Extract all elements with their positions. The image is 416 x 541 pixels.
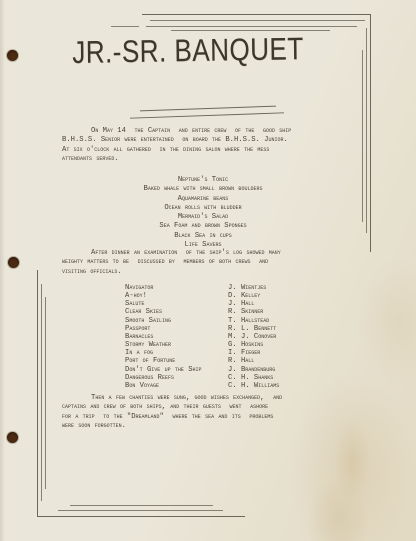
border-left-line-outer xyxy=(37,270,38,517)
document-page: JR.-SR. BANQUET On May 14 the Captain an… xyxy=(0,0,416,541)
program-topic: In a fog xyxy=(125,349,228,357)
program-row: Smooth SailingT. Hallstead xyxy=(125,317,279,325)
punch-hole-top xyxy=(7,50,18,61)
program-topic: Navigator xyxy=(125,284,228,292)
text-line: were soon forgotten. xyxy=(62,422,282,431)
program-topic: Port of Fortune xyxy=(125,357,228,365)
menu-item: Neptune's Tonic xyxy=(63,176,343,185)
program-person: D. Kelley xyxy=(228,292,260,300)
program-row: Dangerous ReefsC. H. Shanks xyxy=(125,374,279,382)
program-person: T. Hallstead xyxy=(228,317,269,325)
program-person: C. H. Williams xyxy=(228,382,279,390)
text-line: B.H.S.S. Senior were entertained on boar… xyxy=(62,136,291,145)
program-topic: Don't Give up the Ship xyxy=(125,366,228,374)
program-topic: Bon Voyage xyxy=(125,382,228,390)
menu-item: Black Sea in cups xyxy=(63,232,343,241)
border-right-line-2 xyxy=(366,28,367,233)
program-row: Bon VoyageC. H. Williams xyxy=(125,382,279,390)
program-table: NavigatorJ. Wientjes A-hoy!D. Kelley Sal… xyxy=(125,284,279,390)
title-underline-1 xyxy=(140,106,276,112)
menu-item: Mermaid's Salad xyxy=(63,213,343,222)
program-row: Don't Give up the ShipJ. Brandenburg xyxy=(125,366,279,374)
program-topic: A-hoy! xyxy=(125,292,228,300)
program-topic: Salute xyxy=(125,300,228,308)
text-line: for a trip to the "Dreamland" where the … xyxy=(62,413,282,422)
program-person: J. Wientjes xyxy=(228,284,266,292)
border-right-line-3 xyxy=(362,50,363,222)
program-person: R. Skinner xyxy=(228,308,263,316)
border-top-line-3 xyxy=(146,26,357,27)
log-paragraph: After dinner an examination of the ship'… xyxy=(62,249,281,277)
text-line: visiting officials. xyxy=(62,268,281,277)
menu-list: Neptune's Tonic Baked whale with small b… xyxy=(63,176,343,250)
border-top-line-4 xyxy=(171,30,330,31)
closing-paragraph: Then a few chanties were sung, good wish… xyxy=(62,394,282,431)
menu-item: Aquamarine beans xyxy=(63,195,343,204)
border-bottom-line-2 xyxy=(58,510,223,511)
text-line: After dinner an examination of the ship'… xyxy=(62,249,281,258)
program-person: G. Hoskins xyxy=(228,341,263,349)
program-topic: Passport xyxy=(125,325,228,333)
menu-item: Baked whale with small brown boulders xyxy=(63,185,343,194)
border-left-line-2 xyxy=(41,284,42,501)
intro-paragraph: On May 14 the Captain and entire crew of… xyxy=(62,127,291,164)
program-person: J. Hall xyxy=(228,300,254,308)
text-line: Then a few chanties were sung, good wish… xyxy=(62,394,282,403)
border-bottom-line-3 xyxy=(70,505,213,506)
program-row: NavigatorJ. Wientjes xyxy=(125,284,279,292)
text-line: weighty matters to be discussed by membe… xyxy=(62,258,281,267)
border-top-line-outer xyxy=(142,14,370,15)
program-row: A-hoy!D. Kelley xyxy=(125,292,279,300)
program-row: Stormy WeatherG. Hoskins xyxy=(125,341,279,349)
program-person: J. Brandenburg xyxy=(228,366,275,374)
menu-item: Sea Foam and brown Sponges xyxy=(63,222,343,231)
program-row: BarnaclesM. J. Conover xyxy=(125,333,279,341)
program-person: I. Fieger xyxy=(228,349,260,357)
border-left-line-3 xyxy=(45,297,46,489)
program-topic: Dangerous Reefs xyxy=(125,374,228,382)
punch-hole-middle xyxy=(8,257,19,268)
program-topic: Clear Skies xyxy=(125,308,228,316)
text-line: At six o'clock all gathered in the dinin… xyxy=(62,146,291,155)
program-row: PassportR. L. Bennett xyxy=(125,325,279,333)
text-line: attendants served. xyxy=(62,155,291,164)
text-line: On May 14 the Captain and entire crew of… xyxy=(62,127,291,136)
title-underline-2 xyxy=(130,112,284,119)
program-person: C. H. Shanks xyxy=(228,374,273,382)
border-top-line-2 xyxy=(150,20,365,21)
menu-item: Ocean rolls with bludder xyxy=(63,204,343,213)
program-topic: Barnacles xyxy=(125,333,228,341)
program-person: M. J. Conover xyxy=(228,333,276,341)
program-topic: Smooth Sailing xyxy=(125,317,228,325)
border-top-dash xyxy=(111,26,139,27)
text-line: captains and crew of both ships, and the… xyxy=(62,403,282,412)
border-bottom-line-outer xyxy=(37,516,245,517)
border-right-line-outer xyxy=(370,14,371,252)
program-row: In a fogI. Fieger xyxy=(125,349,279,357)
page-title: JR.-SR. BANQUET xyxy=(72,32,304,72)
program-topic: Stormy Weather xyxy=(125,341,228,349)
program-row: SaluteJ. Hall xyxy=(125,300,279,308)
punch-hole-bottom xyxy=(7,432,18,443)
program-row: Port of FortuneR. Hall xyxy=(125,357,279,365)
program-person: R. L. Bennett xyxy=(228,325,276,333)
program-row: Clear SkiesR. Skinner xyxy=(125,308,279,316)
program-person: R. Hall xyxy=(228,357,254,365)
